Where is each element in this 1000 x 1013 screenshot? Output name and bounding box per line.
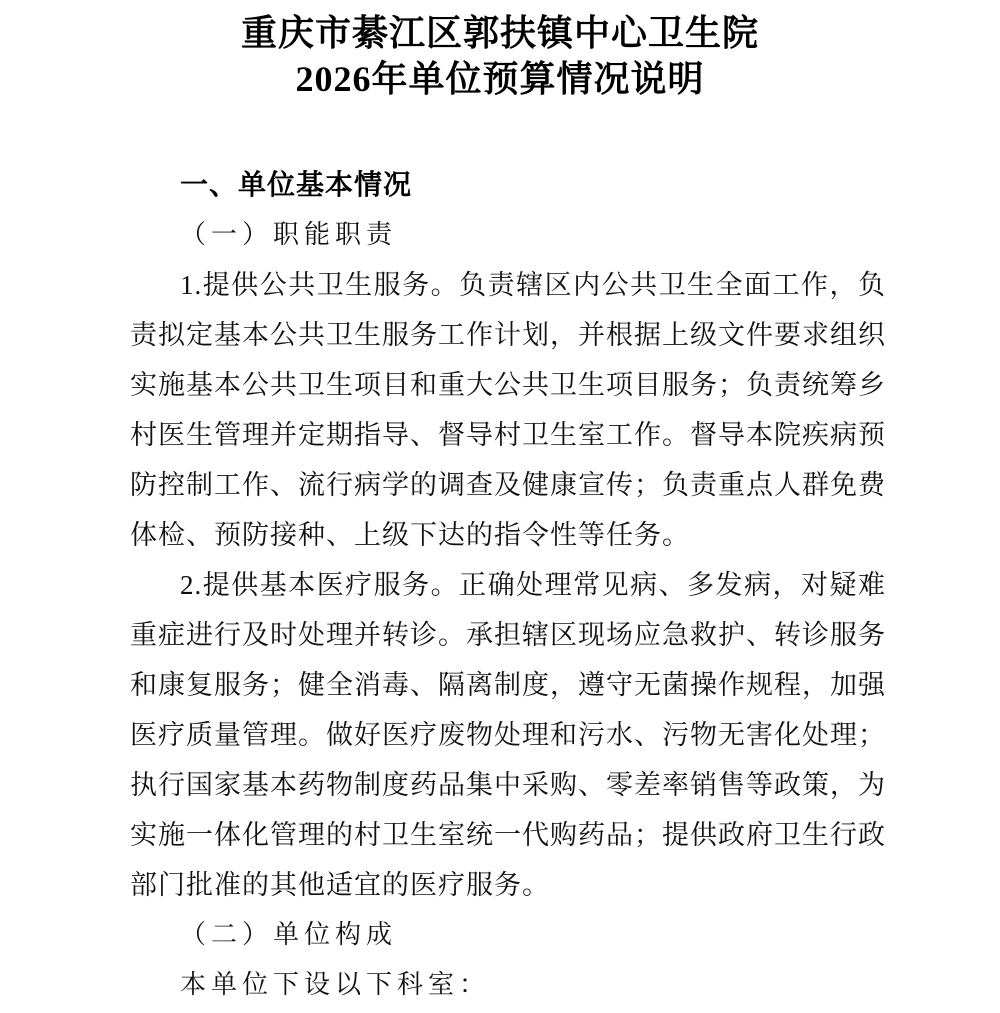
document-body: 一、单位基本情况 （一）职能职责 1.提供公共卫生服务。负责辖区内公共卫生全面工… xyxy=(130,160,886,1010)
paragraph-departments-intro: 本单位下设以下科室： xyxy=(130,960,886,1010)
subsection-heading-unit-composition: （二）单位构成 xyxy=(130,910,886,960)
section-heading-basic-info: 一、单位基本情况 xyxy=(130,160,886,210)
subsection-heading-duties: （一）职能职责 xyxy=(130,210,886,260)
document-page: 重庆市綦江区郭扶镇中心卫生院 2026年单位预算情况说明 一、单位基本情况 （一… xyxy=(0,0,1000,1013)
document-title-line-2: 2026年单位预算情况说明 xyxy=(0,56,1000,102)
document-title: 重庆市綦江区郭扶镇中心卫生院 2026年单位预算情况说明 xyxy=(0,0,1000,102)
document-title-line-1: 重庆市綦江区郭扶镇中心卫生院 xyxy=(0,10,1000,56)
paragraph-public-health-services: 1.提供公共卫生服务。负责辖区内公共卫生全面工作，负责拟定基本公共卫生服务工作计… xyxy=(130,260,886,560)
paragraph-basic-medical-services: 2.提供基本医疗服务。正确处理常见病、多发病，对疑难重症进行及时处理并转诊。承担… xyxy=(130,560,886,910)
